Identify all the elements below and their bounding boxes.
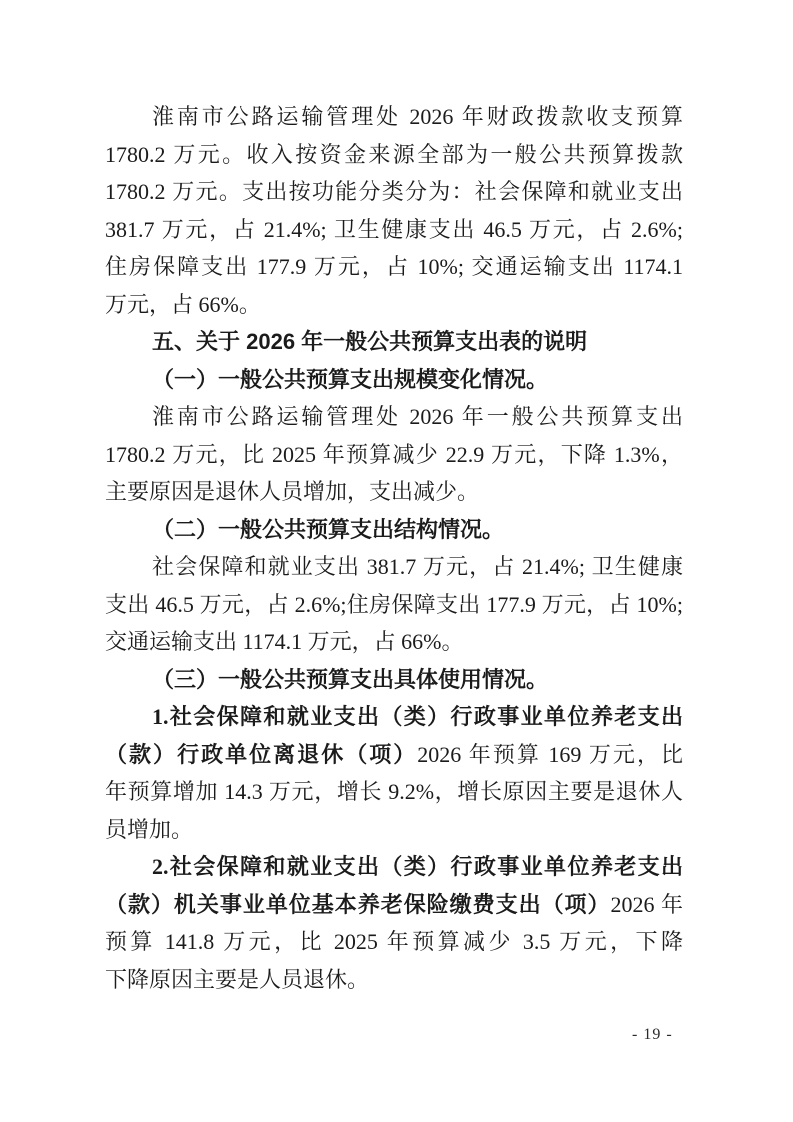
- text-line: 下降原因主要是人员退休。: [105, 961, 683, 999]
- text-line: 社会保障和就业支出 381.7 万元，占 21.4%; 卫生健康: [105, 548, 683, 586]
- text-content: 淮南市公路运输管理处 2026 年财政拨款收支预算 1780.2 万元。收入按资…: [105, 98, 683, 998]
- text-line: 1780.2 万元。支出按功能分类分为：社会保障和就业支出: [105, 173, 683, 211]
- document-page: 淮南市公路运输管理处 2026 年财政拨款收支预算 1780.2 万元。收入按资…: [0, 0, 793, 1122]
- item-heading-line: 1.社会保障和就业支出（类）行政事业单位养老支出: [105, 698, 683, 736]
- item-heading-line: 2.社会保障和就业支出（类）行政事业单位养老支出: [105, 848, 683, 886]
- text-line: 主要原因是退休人员增加，支出减少。: [105, 473, 683, 511]
- text-line: （款）行政单位离退休（项）2026 年预算 169 万元，比 2025: [105, 736, 683, 774]
- text-line: 381.7 万元，占 21.4%; 卫生健康支出 46.5 万元，占 2.6%;: [105, 211, 683, 249]
- item-bold-lead: （款）机关事业单位基本养老保险缴费支出（项）: [105, 892, 611, 917]
- subsection-heading: （一）一般公共预算支出规模变化情况。: [105, 361, 683, 399]
- text-line: 预算 141.8 万元，比 2025 年预算减少 3.5 万元，下降 2.4%，: [105, 923, 683, 961]
- text-line: 淮南市公路运输管理处 2026 年一般公共预算支出: [105, 398, 683, 436]
- subsection-heading: （二）一般公共预算支出结构情况。: [105, 511, 683, 549]
- page-number: - 19 -: [632, 1026, 673, 1044]
- line-text: 2026 年: [611, 892, 683, 917]
- subsection-heading: （三）一般公共预算支出具体使用情况。: [105, 661, 683, 699]
- text-line: 万元，占 66%。: [105, 286, 683, 324]
- text-line: 支出 46.5 万元，占 2.6%;住房保障支出 177.9 万元，占 10%;: [105, 586, 683, 624]
- text-line: 年预算增加 14.3 万元，增长 9.2%，增长原因主要是退休人: [105, 773, 683, 811]
- text-line: 员增加。: [105, 811, 683, 849]
- text-line: 淮南市公路运输管理处 2026 年财政拨款收支预算: [105, 98, 683, 136]
- text-line: 1780.2 万元。收入按资金来源全部为一般公共预算拨款: [105, 136, 683, 174]
- section-heading: 五、关于 2026 年一般公共预算支出表的说明: [105, 323, 683, 361]
- text-line: 1780.2 万元，比 2025 年预算减少 22.9 万元，下降 1.3%，: [105, 436, 683, 474]
- text-line: 交通运输支出 1174.1 万元，占 66%。: [105, 623, 683, 661]
- text-line: （款）机关事业单位基本养老保险缴费支出（项）2026 年: [105, 886, 683, 924]
- text-line: 住房保障支出 177.9 万元，占 10%; 交通运输支出 1174.1: [105, 248, 683, 286]
- item-bold-lead: （款）行政单位离退休（项）: [105, 742, 417, 767]
